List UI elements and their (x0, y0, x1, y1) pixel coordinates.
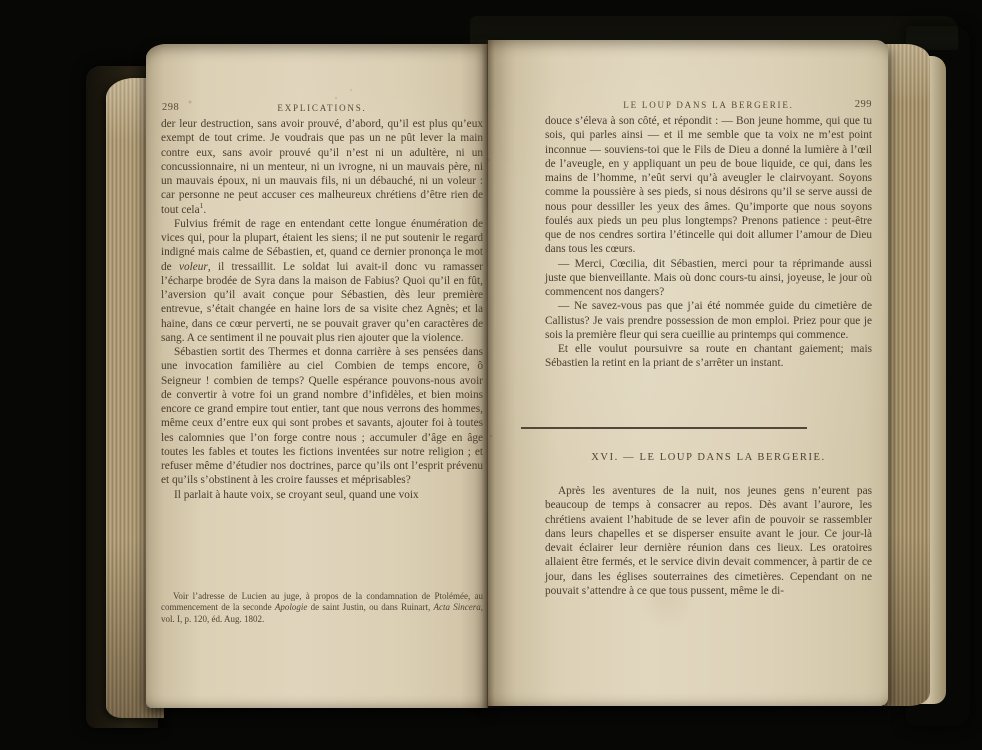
paragraph: Fulvius frémit de rage en entendant cett… (161, 217, 483, 345)
right-page-body-top: douce s’éleva à son côté, et répondit : … (545, 114, 872, 371)
paragraph: der leur destruction, sans avoir prouvé,… (161, 117, 483, 217)
paragraph: Sébastien sortit des Thermes et donna ca… (161, 345, 483, 488)
left-page-body: der leur destruction, sans avoir prouvé,… (161, 117, 483, 502)
italic-word: voleur (179, 261, 208, 273)
chapter-heading: XVI. — LE LOUP DANS LA BERGERIE. (545, 452, 872, 463)
right-running-header: LE LOUP DANS LA BERGERIE. (545, 100, 872, 110)
paragraph: Après les aventures de la nuit, nos jeun… (545, 484, 872, 598)
page-edges-right (884, 44, 930, 706)
paragraph: — Merci, Cœcilia, dit Sébastien, merci p… (545, 257, 872, 300)
paragraph-text: , il tressaillit. Le soldat lui avait-il… (161, 261, 483, 344)
left-running-header-row: 298 EXPLICATIONS. (162, 103, 482, 117)
right-page-number: 299 (855, 99, 872, 110)
paragraph: Et elle voulut poursuivre sa route en ch… (545, 342, 872, 371)
section-divider (521, 427, 807, 429)
footnote-italic-title: Acta Sincera (434, 602, 481, 612)
footnote-italic-title: Apologie (275, 602, 308, 612)
paragraph: Il parlait à haute voix, se croyant seul… (161, 488, 483, 502)
footnote-text: de saint Justin, ou dans Ruinart, (307, 602, 433, 612)
footnote: Voir l’adresse de Lucien au juge, à prop… (161, 591, 483, 625)
left-running-header: EXPLICATIONS. (162, 103, 482, 113)
paragraph-text: der leur destruction, sans avoir prouvé,… (161, 118, 483, 216)
book-photo-background: 298 EXPLICATIONS. der leur destruction, … (0, 0, 982, 750)
right-page-body-bottom: Après les aventures de la nuit, nos jeun… (545, 484, 872, 598)
paragraph: — Ne savez-vous pas que j’ai été nommée … (545, 299, 872, 342)
paragraph-text: . (203, 204, 206, 216)
right-running-header-row: LE LOUP DANS LA BERGERIE. 299 (545, 100, 872, 114)
paragraph: douce s’éleva à son côté, et répondit : … (545, 114, 872, 257)
